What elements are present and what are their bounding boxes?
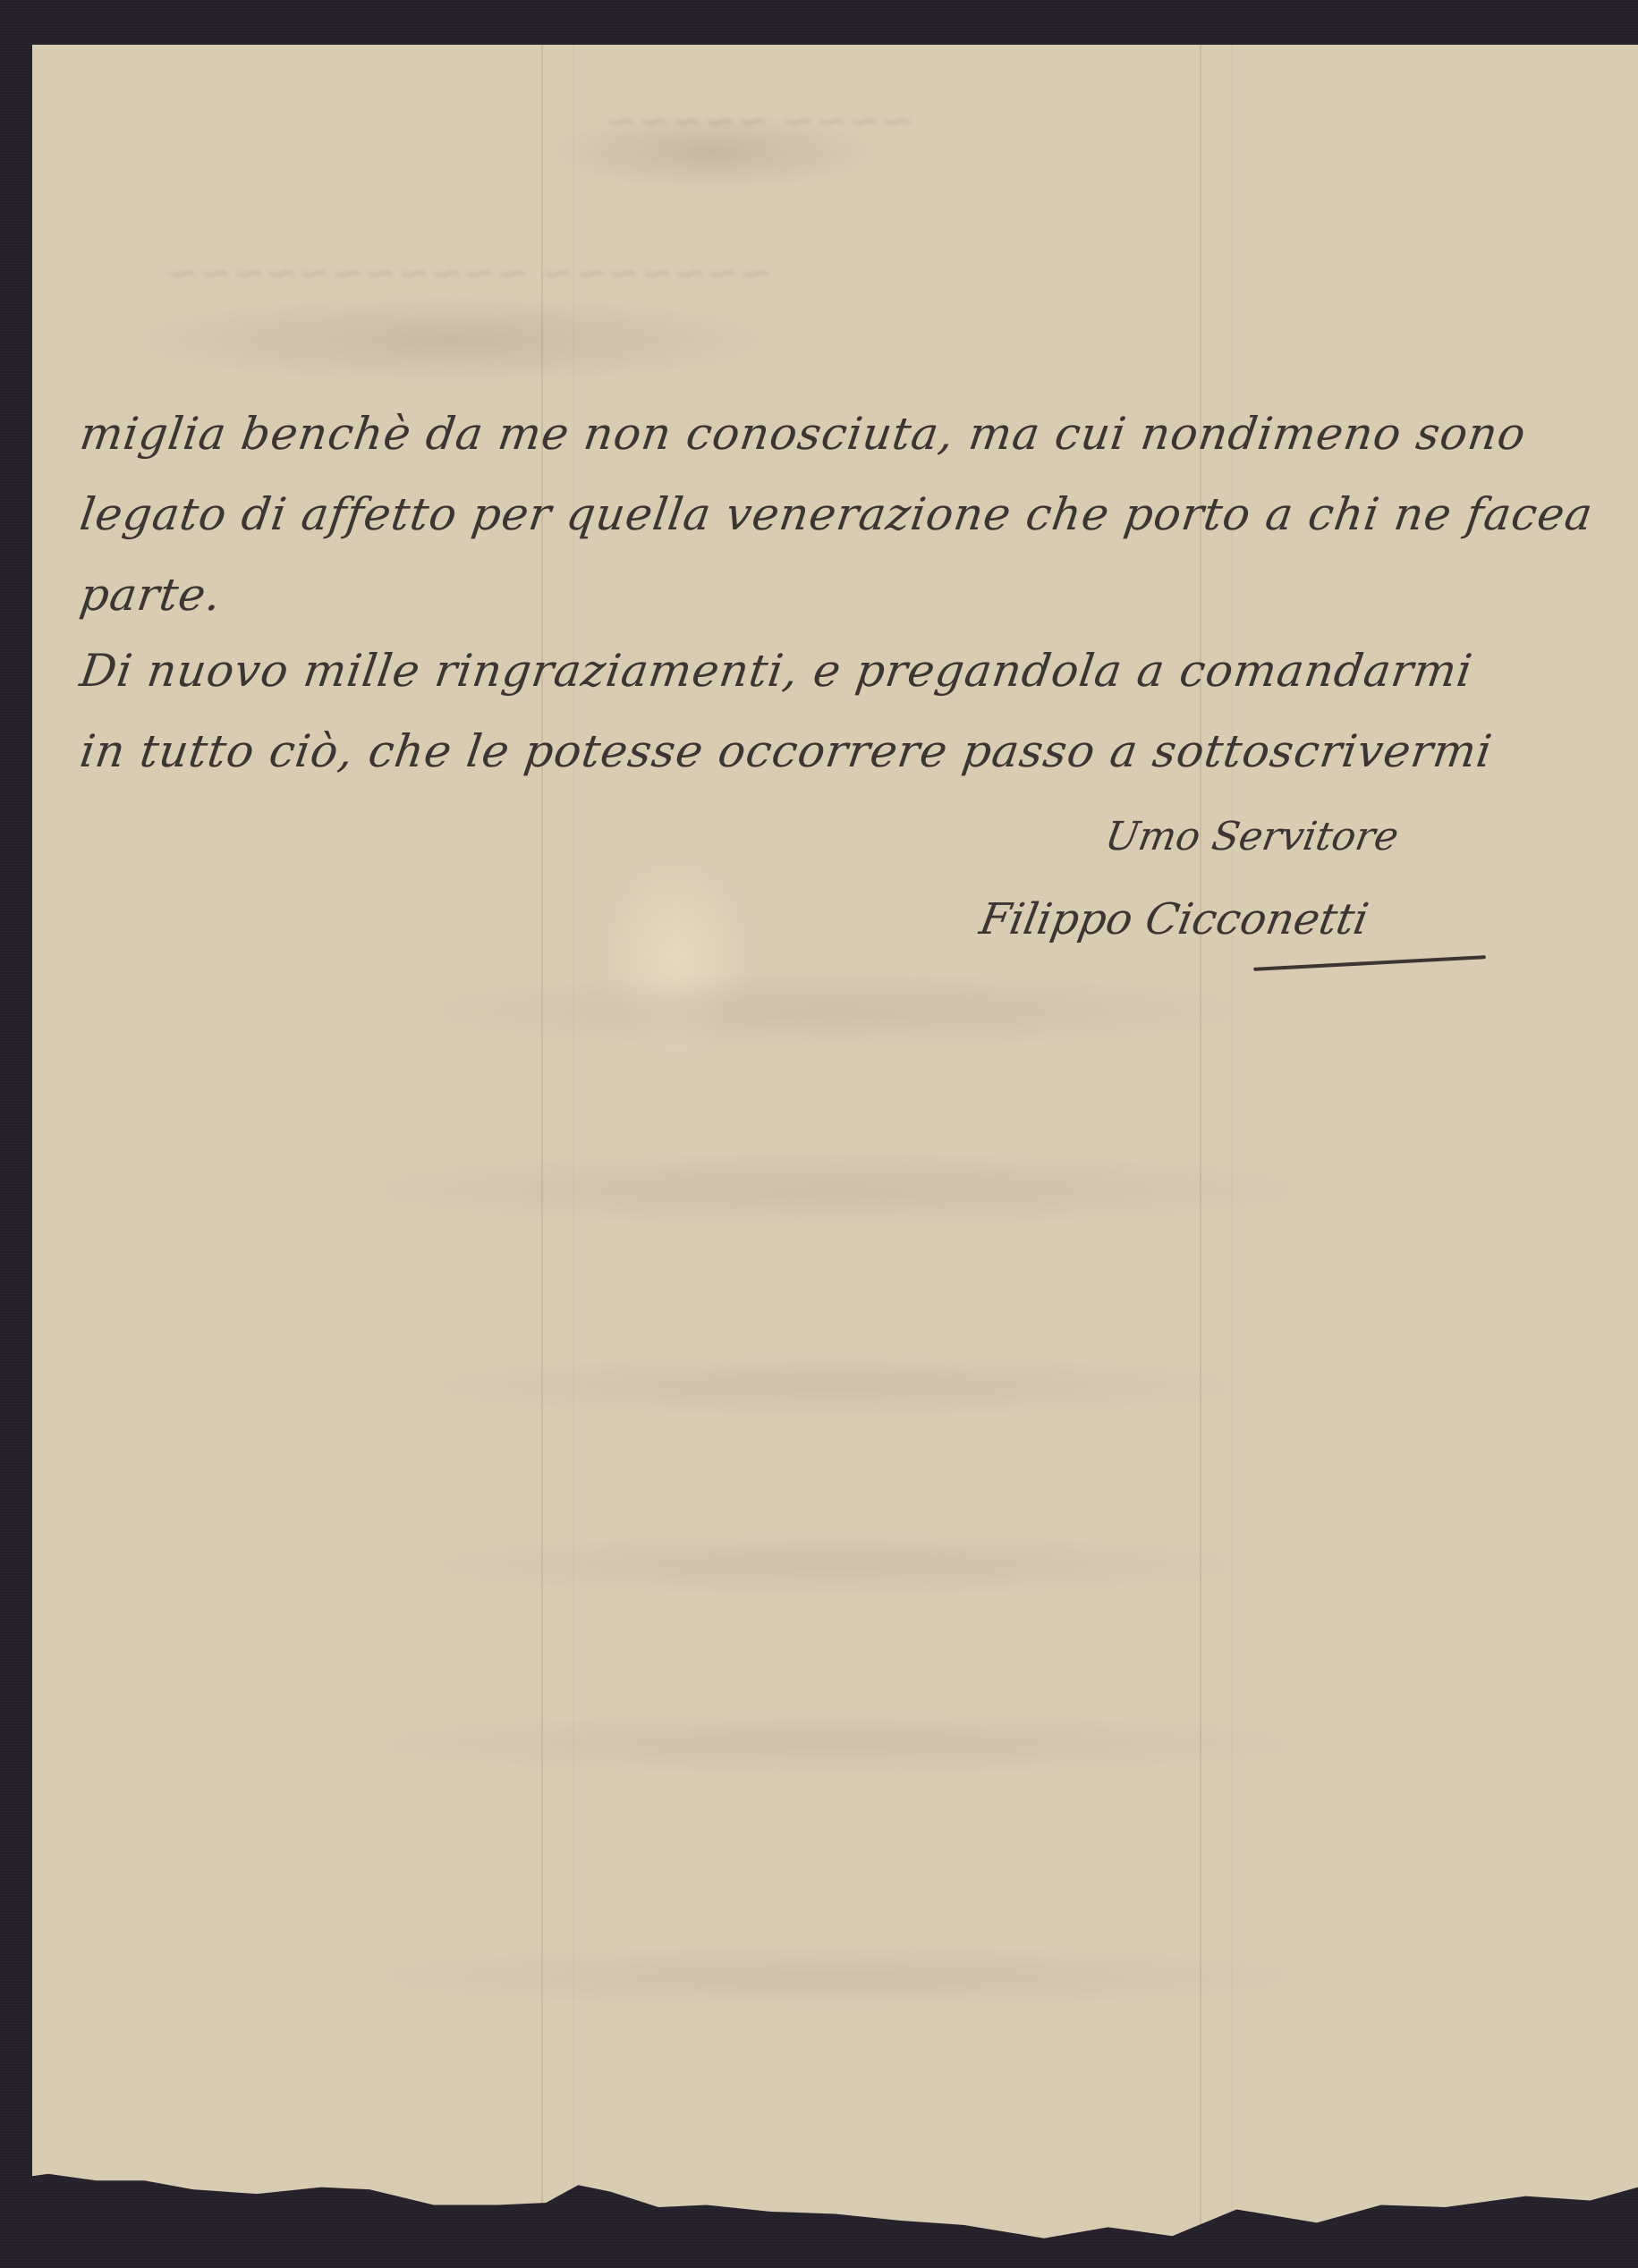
letter-line-3: parte. — [77, 572, 224, 617]
letter-line-5: in tutto ciò, che le potesse occorrere p… — [77, 729, 1495, 774]
letter-line-2: legato di affetto per quella venerazione… — [77, 492, 1595, 537]
letter-line-1: miglia benchè da me non conosciuta, ma c… — [77, 411, 1529, 456]
signature-underline — [1253, 955, 1486, 971]
closing-salutation: Umo Servitore — [1102, 814, 1403, 859]
letter-page: ~~~~ ~~~~~ ~~~~~~~ ~~~~~~~~~~~ miglia be… — [32, 45, 1638, 2263]
signature: Filippo Cicconetti — [976, 894, 1372, 944]
letter-body: miglia benchè da me non conosciuta, ma c… — [32, 45, 1638, 2263]
letter-line-4: Di nuovo mille ringraziamenti, e pregand… — [77, 648, 1475, 693]
